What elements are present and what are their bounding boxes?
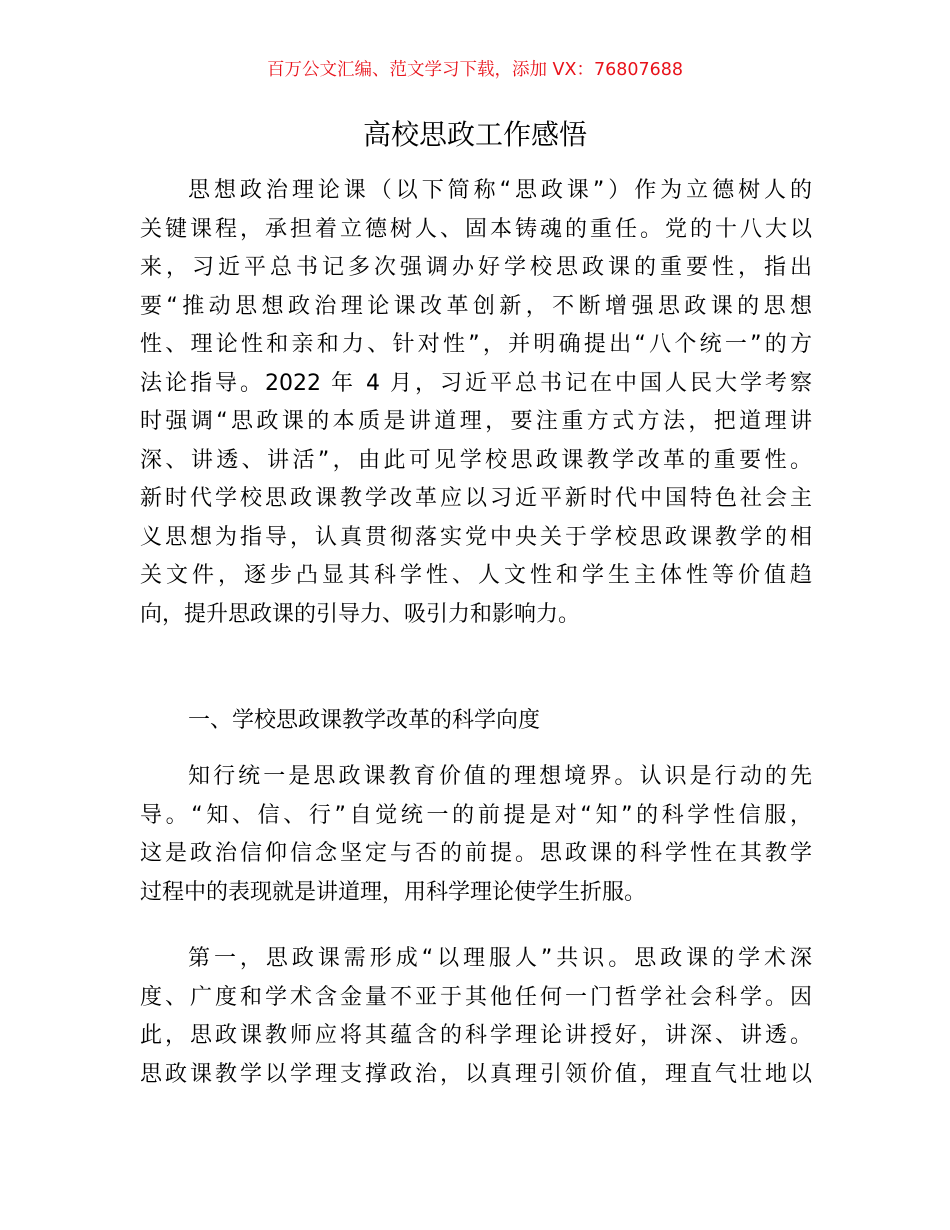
text-line: 法论指导。2022 年 4 月，习近平总书记在中国人民大学考察 [140, 365, 812, 404]
text-line: 要“推动思想政治理论课改革创新，不断增强思政课的思想 [140, 288, 812, 327]
text-line: 深、讲透、讲活”，由此可见学校思政课教学改革的重要性。 [140, 442, 812, 481]
paragraph-first-point: 第一，思政课需形成“以理服人”共识。思政课的学术深 度、广度和学术含金量不亚于其… [140, 940, 812, 1094]
text-line: 时强调“思政课的本质是讲道理，要注重方式方法，把道理讲 [140, 403, 812, 442]
text-line: 思政课教学以学理支撑政治，以真理引领价值，理直气壮地以 [140, 1056, 812, 1095]
text-line: 来，习近平总书记多次强调办好学校思政课的重要性，指出 [140, 249, 812, 288]
text-line: 性、理论性和亲和力、针对性”，并明确提出“八个统一”的方 [140, 326, 812, 365]
section-heading: 一、学校思政课教学改革的科学向度 [140, 702, 812, 741]
heading-line: 一、学校思政课教学改革的科学向度 [140, 702, 812, 741]
paragraph-intro: 思想政治理论课（以下简称“思政课”）作为立德树人的 关键课程，承担着立德树人、固… [140, 172, 812, 634]
text-line: 这是政治信仰信念坚定与否的前提。思政课的科学性在其教学 [140, 835, 812, 874]
text-line: 此，思政课教师应将其蕴含的科学理论讲授好，讲深、讲透。 [140, 1017, 812, 1056]
text-line: 义思想为指导，认真贯彻落实党中央关于学校思政课教学的相 [140, 519, 812, 558]
text-line: 关键课程，承担着立德树人、固本铸魂的重任。党的十八大以 [140, 211, 812, 250]
text-line: 过程中的表现就是讲道理，用科学理论使学生折服。 [140, 874, 812, 913]
text-line: 导。“知、信、行”自觉统一的前提是对“知”的科学性信服， [140, 797, 812, 836]
text-line: 知行统一是思政课教育价值的理想境界。认识是行动的先 [140, 758, 812, 797]
document-page: 百万公文汇编、范文学习下载，添加 VX：76807688 高校思政工作感悟 思想… [0, 0, 950, 1230]
paragraph-knowledge-action: 知行统一是思政课教育价值的理想境界。认识是行动的先 导。“知、信、行”自觉统一的… [140, 758, 812, 912]
text-line: 关文件，逐步凸显其科学性、人文性和学生主体性等价值趋 [140, 557, 812, 596]
text-line: 度、广度和学术含金量不亚于其他任何一门哲学社会科学。因 [140, 979, 812, 1018]
document-title: 高校思政工作感悟 [0, 115, 950, 155]
text-line: 向，提升思政课的引导力、吸引力和影响力。 [140, 596, 812, 635]
watermark-header: 百万公文汇编、范文学习下载，添加 VX：76807688 [0, 58, 950, 82]
text-line: 新时代学校思政课教学改革应以习近平新时代中国特色社会主 [140, 480, 812, 519]
text-line: 思想政治理论课（以下简称“思政课”）作为立德树人的 [140, 172, 812, 211]
text-line: 第一，思政课需形成“以理服人”共识。思政课的学术深 [140, 940, 812, 979]
